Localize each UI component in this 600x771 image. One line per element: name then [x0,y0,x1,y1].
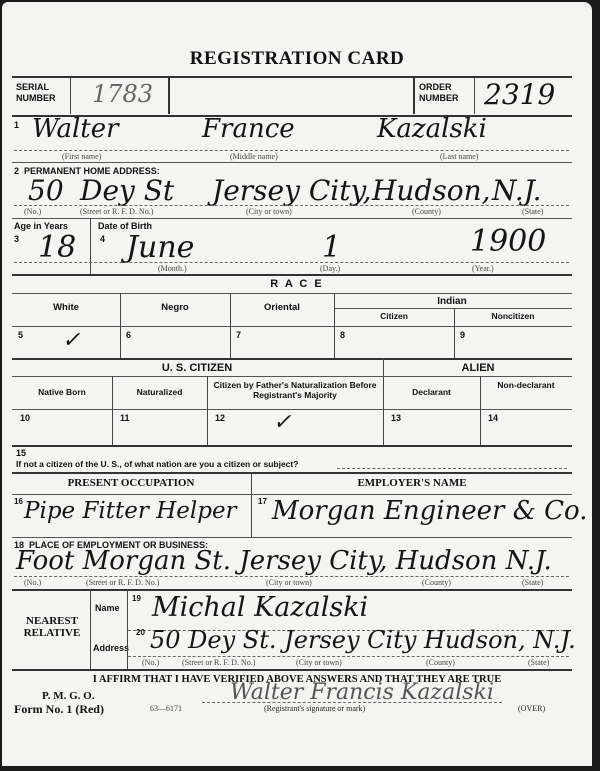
order-number-value: 2319 [484,78,555,111]
race-header-1: Negro [120,302,230,313]
last-name: Kazalski [377,114,487,144]
nearest-relative-label: NEAREST RELATIVE [14,615,90,639]
race-header-0: White [12,302,120,313]
order-number-label: ORDER NUMBER [419,82,469,104]
birth-month: June [126,230,194,265]
relative-address-value: 50 Dey St. Jersey City Hudson, N.J. [150,626,576,654]
race-header-3: Citizen [334,311,454,321]
signature-label: (Registrant's signature or mark) [264,704,365,713]
home-address-state: N.J. [492,174,542,207]
home-address-county: Hudson, [372,174,491,207]
home-address-city: Jersey City, [212,174,371,207]
race-header-2: Oriental [230,302,334,313]
employment-place-value: Foot Morgan St. Jersey City, Hudson N.J. [16,546,552,576]
citizenship-header-2: Citizen by Father's Naturalization Befor… [207,380,383,400]
citizenship-header-3: Declarant [383,387,480,397]
citizenship-header-4: Non-declarant [480,380,572,390]
birth-day: 1 [322,230,341,265]
citizenship-header-1: Naturalized [112,387,207,397]
form-number: Form No. 1 (Red) [14,702,104,717]
pmgo-label: P. M. G. O. [42,690,94,702]
employer-heading: EMPLOYER'S NAME [252,477,572,489]
race-checkbox-0: ✓ [62,328,80,353]
age-value: 18 [38,230,76,265]
home-address-number: 50 [28,174,64,207]
alien-heading: ALIEN [384,362,572,374]
serial-number-value: 1783 [92,80,153,108]
home-address-street: Dey St [80,174,174,207]
employer-value: Morgan Engineer & Co. [272,496,588,526]
relative-address-label: Address [93,643,129,653]
race-header-4: Noncitizen [454,311,572,321]
occupation-value: Pipe Fitter Helper [24,498,237,524]
nation-question: If not a citizen of the U. S., of what n… [16,459,298,469]
occupation-heading: PRESENT OCCUPATION [12,477,250,489]
relative-name-label: Name [95,603,120,613]
birth-year: 1900 [470,224,546,259]
us-citizen-heading: U. S. CITIZEN [12,362,382,374]
relative-name-value: Michal Kazalski [152,592,368,623]
registration-card: REGISTRATION CARD SERIAL NUMBER 1783 ORD… [2,2,592,766]
over-label: (OVER) [518,704,545,713]
citizenship-header-0: Native Born [12,387,112,397]
citizenship-checkbox-2: ✓ [273,410,291,435]
form-code: 63—6171 [150,704,182,713]
indian-heading: Indian [332,296,572,307]
card-title: REGISTRATION CARD [2,48,592,70]
race-heading: R A C E [2,278,592,290]
first-name: Walter [32,114,119,144]
middle-name: France [202,114,295,144]
serial-number-label: SERIAL NUMBER [16,82,66,104]
